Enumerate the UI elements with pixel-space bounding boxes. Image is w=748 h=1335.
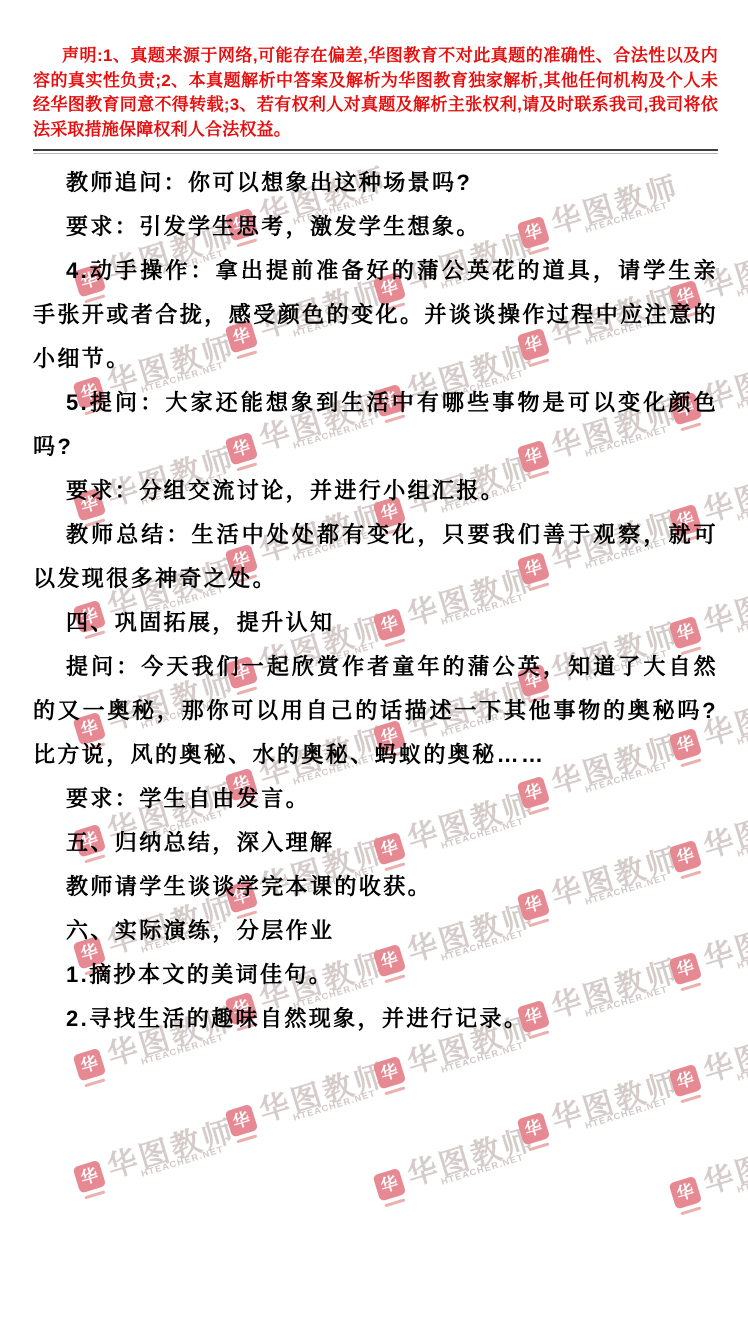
huatu-logo-glyph: 华	[379, 1062, 400, 1083]
watermark-domain-text: HTEACHER.NET	[440, 1152, 525, 1187]
huatu-logo-glyph: 华	[675, 1182, 696, 1203]
huatu-logo-glyph: 华	[79, 1166, 100, 1187]
watermark-caption-bar	[680, 1206, 701, 1215]
watermark-domain-text: HTEACHER.NET	[292, 1088, 377, 1123]
huatu-logo-icon: 华	[73, 1160, 107, 1194]
huatu-watermark: 华华图教师HTEACHER.NET	[73, 1106, 291, 1225]
body-paragraph: 教师追问：你可以想象出这种场景吗?	[33, 161, 718, 205]
huatu-logo-icon: 华	[73, 1048, 107, 1082]
document-content: 声明:1、真题来源于网络,可能存在偏差,华图教育不对此真题的准确性、合法性以及内…	[0, 0, 748, 1041]
watermark-brand-text: 华图教师	[401, 1114, 540, 1195]
watermark-caption-bar	[84, 1190, 105, 1199]
huatu-logo-glyph: 华	[379, 1174, 400, 1195]
huatu-logo-icon: 华	[373, 1056, 407, 1090]
huatu-watermark: 华华图教师HTEACHER.NET	[373, 1114, 591, 1233]
huatu-logo-glyph: 华	[231, 1110, 252, 1131]
huatu-watermark: 华华图教师HTEACHER.NET	[669, 1122, 748, 1241]
huatu-logo-glyph: 华	[523, 1118, 544, 1139]
watermark-domain-text: HTEACHER.NET	[736, 1160, 748, 1195]
disclaimer-text: 声明:1、真题来源于网络,可能存在偏差,华图教育不对此真题的准确性、合法性以及内…	[33, 44, 718, 142]
watermark-caption-bar	[236, 1134, 257, 1143]
body-paragraph: 2.寻找生活的趣味自然现象，并进行记录。	[33, 997, 718, 1041]
divider-rule	[33, 149, 718, 160]
body-paragraph: 要求：引发学生思考，激发学生想象。	[33, 205, 718, 249]
body-paragraph: 四、巩固拓展，提升认知	[33, 601, 718, 645]
body-paragraph: 五、归纳总结，深入理解	[33, 821, 718, 865]
body-paragraph: 4.动手操作：拿出提前准备好的蒲公英花的道具，请学生亲手张开或者合拢，感受颜色的…	[33, 249, 718, 381]
document-page: 华华图教师HTEACHER.NET华华图教师HTEACHER.NET华华图教师H…	[0, 0, 748, 1335]
body-paragraph: 要求：分组交流讨论，并进行小组汇报。	[33, 469, 718, 513]
huatu-watermark: 华华图教师HTEACHER.NET	[517, 1058, 735, 1177]
watermark-caption-bar	[528, 1142, 549, 1151]
body-paragraph: 教师请学生谈谈学完本课的收获。	[33, 865, 718, 909]
watermark-domain-text: HTEACHER.NET	[736, 1048, 748, 1083]
watermark-brand-text: 华图教师	[101, 1106, 240, 1187]
watermark-caption-bar	[680, 1094, 701, 1103]
body-paragraph: 教师总结：生活中处处都有变化，只要我们善于观察，就可以发现很多神奇之处。	[33, 513, 718, 601]
body-paragraph: 1.摘抄本文的美词佳句。	[33, 953, 718, 997]
huatu-logo-icon: 华	[669, 1064, 703, 1098]
watermark-brand-text: 华图教师	[253, 1050, 392, 1131]
huatu-watermark: 华华图教师HTEACHER.NET	[225, 1050, 443, 1169]
watermark-brand-text: 华图教师	[545, 1058, 684, 1139]
watermark-domain-text: HTEACHER.NET	[584, 1096, 669, 1131]
huatu-logo-glyph: 华	[79, 1054, 100, 1075]
body-paragraph: 六、实际演练，分层作业	[33, 909, 718, 953]
document-body: 教师追问：你可以想象出这种场景吗?要求：引发学生思考，激发学生想象。4.动手操作…	[33, 161, 718, 1041]
body-paragraph: 提问：今天我们一起欣赏作者童年的蒲公英，知道了大自然的又一奥秘，那你可以用自己的…	[33, 645, 718, 777]
watermark-domain-text: HTEACHER.NET	[140, 1144, 225, 1179]
watermark-caption-bar	[84, 1078, 105, 1087]
disclaimer-label: 声明:	[62, 46, 103, 65]
watermark-domain-text: HTEACHER.NET	[440, 1040, 525, 1075]
watermark-caption-bar	[384, 1086, 405, 1095]
body-paragraph: 要求：学生自由发言。	[33, 777, 718, 821]
disclaimer-body: 1、真题来源于网络,可能存在偏差,华图教育不对此真题的准确性、合法性以及内容的真…	[33, 46, 718, 139]
huatu-logo-icon: 华	[517, 1112, 551, 1146]
body-paragraph: 5.提问：大家还能想象到生活中有哪些事物是可以变化颜色吗?	[33, 381, 718, 469]
huatu-logo-icon: 华	[669, 1176, 703, 1210]
huatu-logo-icon: 华	[225, 1104, 259, 1138]
watermark-brand-text: 华图教师	[697, 1122, 748, 1203]
huatu-logo-glyph: 华	[675, 1070, 696, 1091]
watermark-caption-bar	[384, 1198, 405, 1207]
huatu-logo-icon: 华	[373, 1168, 407, 1202]
